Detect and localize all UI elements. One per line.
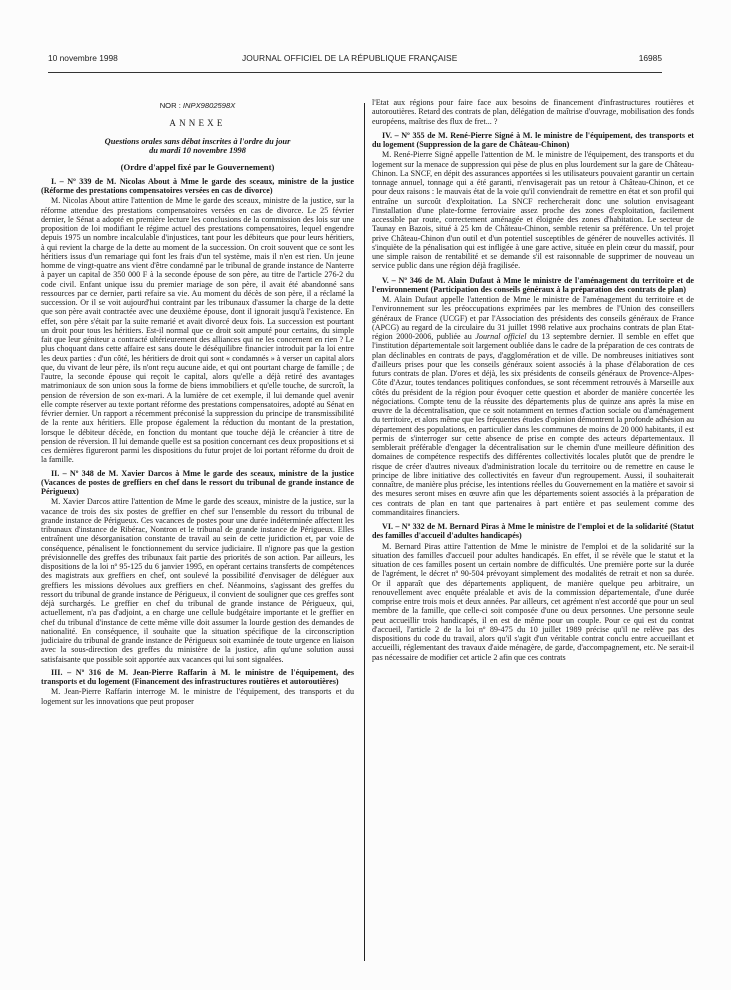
question-heading-6: VI. – Nº 332 de M. Bernard Piras à Mme l… [372, 522, 694, 541]
question-heading-2: II. – Nº 348 de M. Xavier Darcos à Mme l… [41, 469, 354, 497]
right-column: l'Etat aux régions pour faire face aux b… [372, 98, 694, 662]
journal-officiel-reference: Journal officiel [475, 332, 526, 341]
question-body-1: M. Nicolas About attire l'attention de M… [41, 196, 354, 464]
question-heading-1: I. – Nº 339 de M. Nicolas About à Mme le… [41, 177, 354, 196]
question-body-5: M. Alain Dufaut appelle l'attention de M… [372, 295, 694, 517]
order-note: (Ordre d'appel fixé par le Gouvernement) [41, 163, 354, 172]
question-body-3-continued: l'Etat aux régions pour faire face aux b… [372, 98, 694, 126]
annex-subtitle: Questions orales sans débat inscrites à … [41, 137, 354, 156]
body-5-post: du 13 septembre dernier. Il semble en ef… [372, 332, 694, 517]
issue-date: 10 novembre 1998 [48, 53, 118, 63]
question-body-6: M. Bernard Piras attire l'attention de M… [372, 542, 694, 662]
left-column: NOR : INPX9802598X ANNEXE Questions oral… [41, 98, 354, 706]
nor-code: INPX9802598X [183, 101, 235, 110]
question-heading-5: V. – Nº 346 de M. Alain Dufaut à Mme le … [372, 276, 694, 295]
page-number: 16985 [639, 53, 662, 63]
question-heading-3: III. – Nº 316 de M. Jean-Pierre Raffarin… [41, 668, 354, 687]
question-body-4: M. René-Pierre Signé appelle l'attention… [372, 150, 694, 270]
column-divider [364, 103, 365, 961]
question-heading-4: IV. – Nº 355 de M. René-Pierre Signé à M… [372, 131, 694, 150]
annex-title: ANNEXE [41, 119, 354, 128]
publication-title: JOURNAL OFFICIEL DE LA RÉPUBLIQUE FRANÇA… [242, 53, 457, 63]
subtitle-line-1: Questions orales sans débat inscrites à … [41, 137, 354, 147]
nor-reference: NOR : INPX9802598X [41, 101, 354, 110]
subtitle-line-2: du mardi 10 novembre 1998 [41, 146, 354, 156]
running-head: 10 novembre 1998 JOURNAL OFFICIEL DE LA … [48, 53, 662, 67]
question-body-2: M. Xavier Darcos attire l'attention de M… [41, 497, 354, 664]
header-rule [48, 72, 662, 73]
question-body-3-start: M. Jean-Pierre Raffarin interroge M. le … [41, 687, 354, 706]
nor-label: NOR : [160, 101, 183, 110]
